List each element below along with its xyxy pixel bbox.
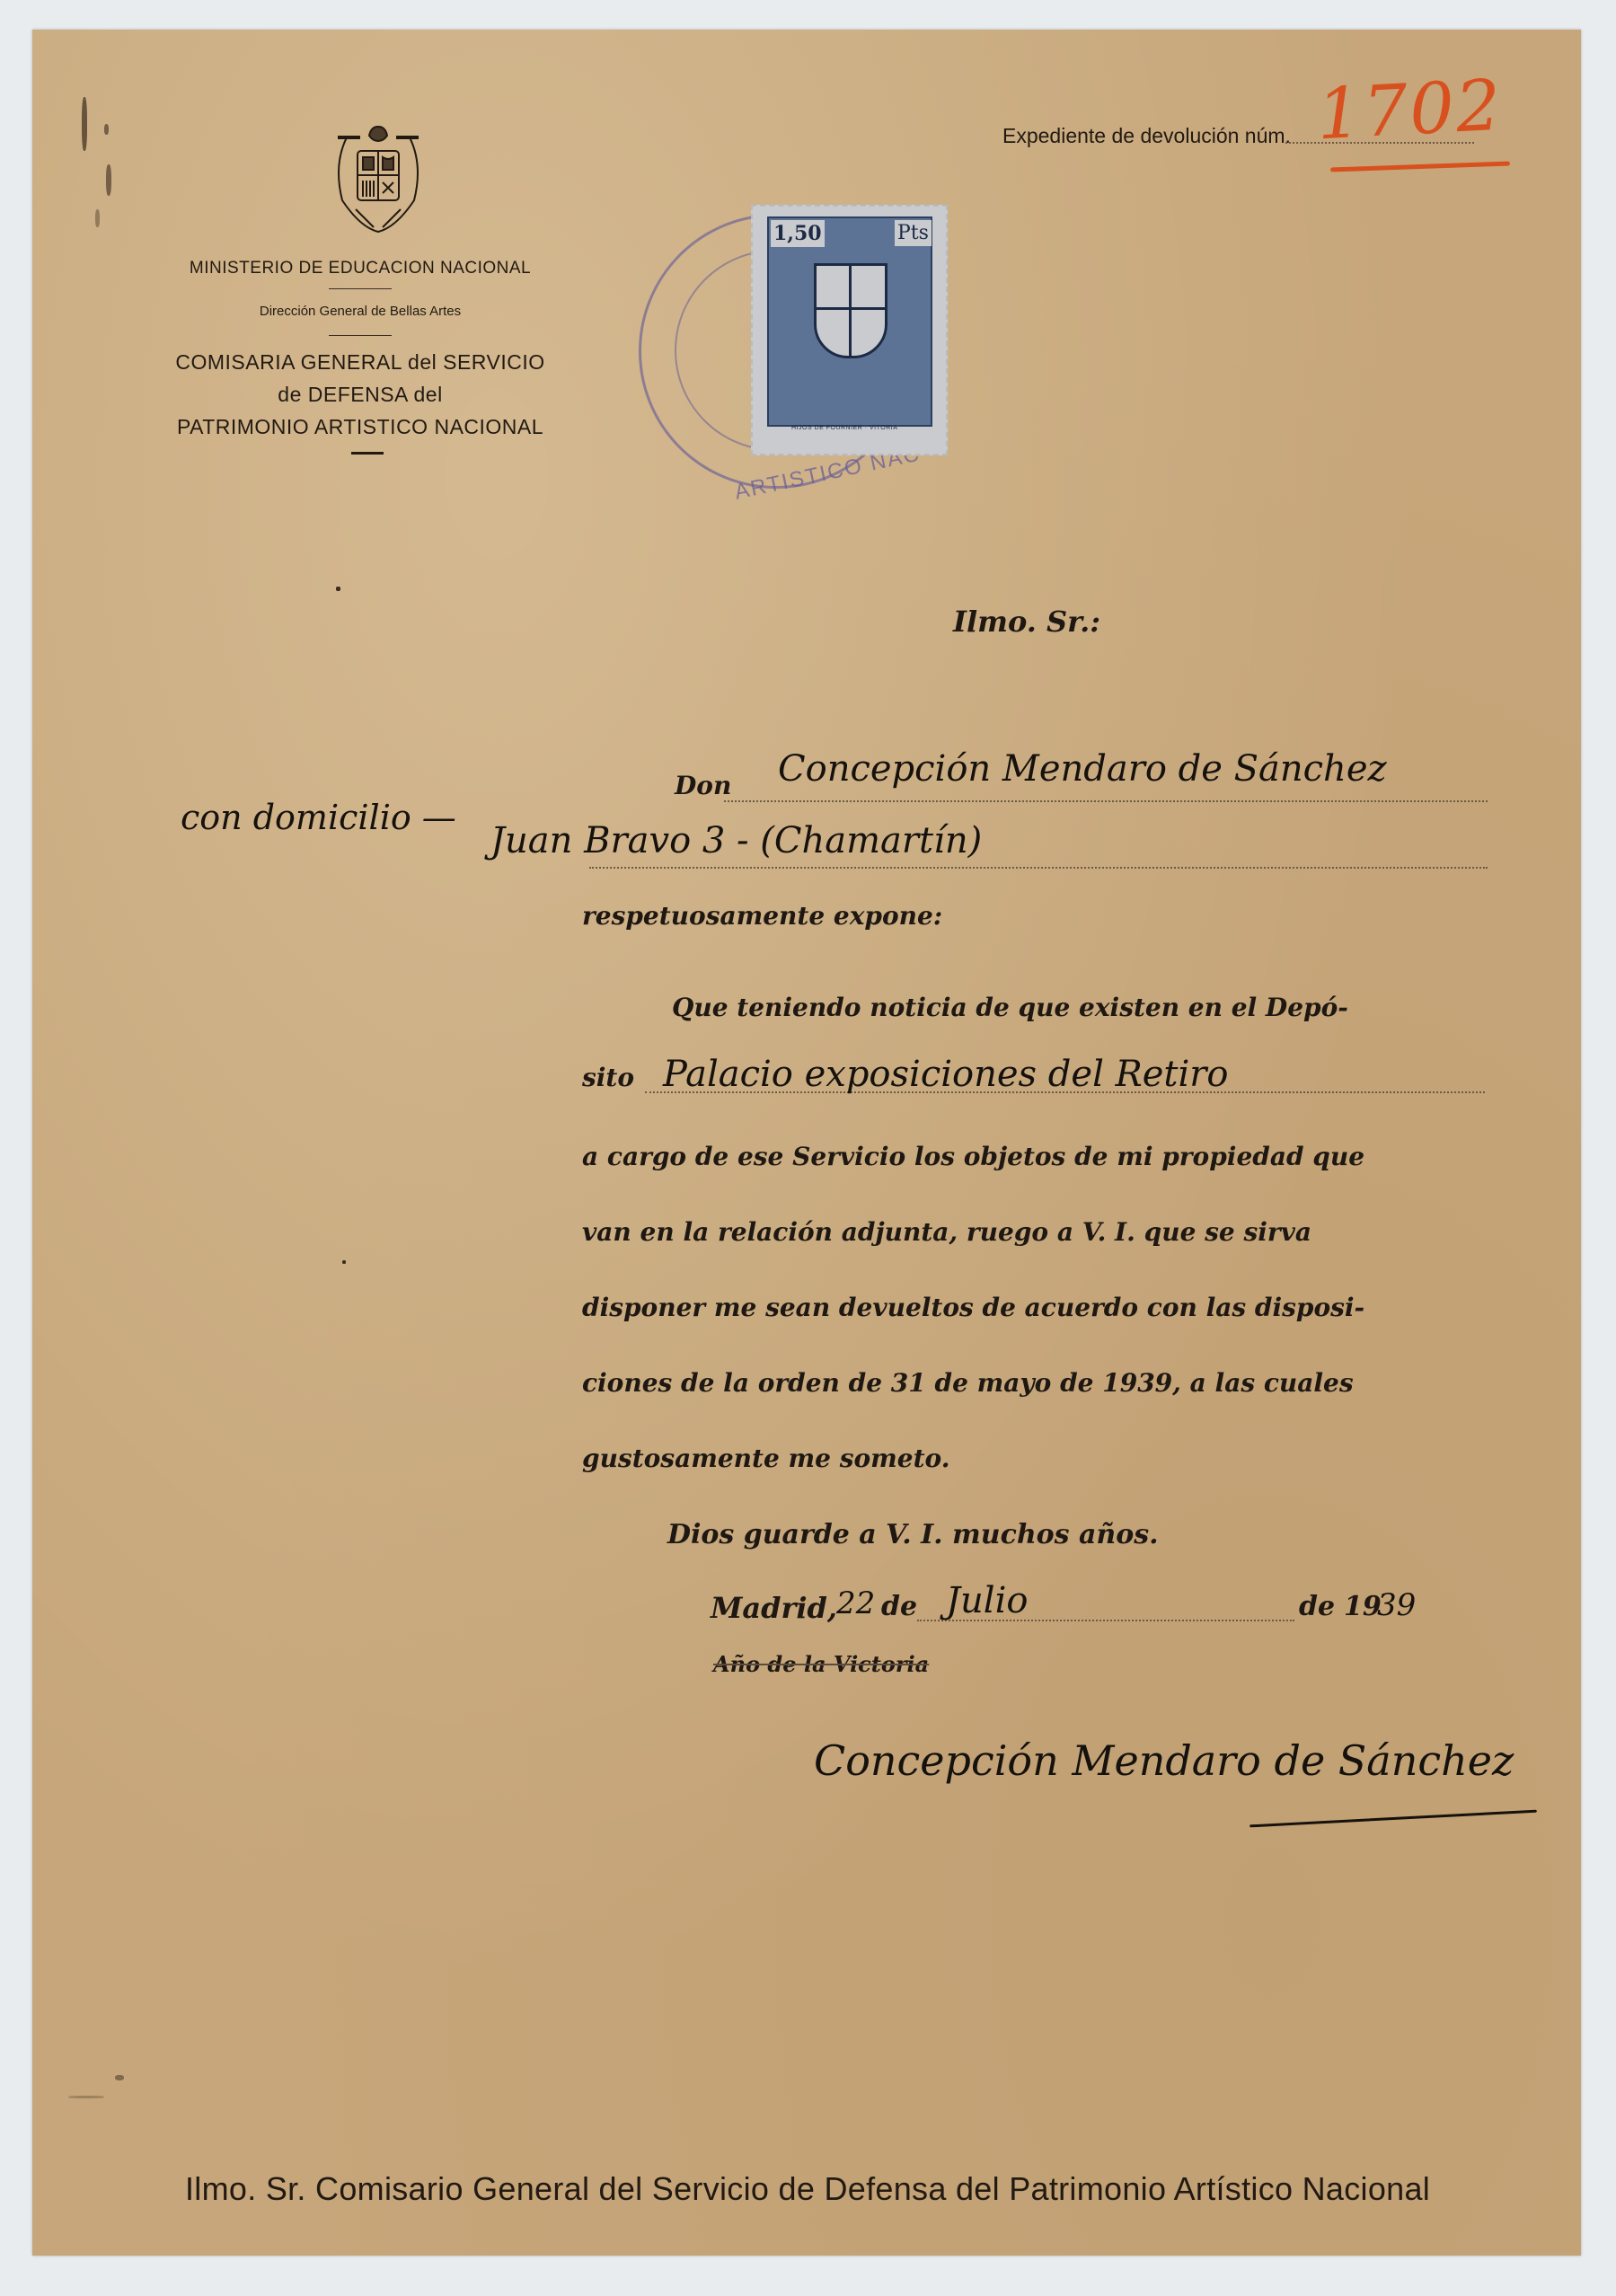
signature: Concepción Mendaro de Sánchez — [814, 1736, 1514, 1785]
date-de: de — [1299, 1591, 1335, 1622]
document-page: MINISTERIO DE EDUCACION NACIONAL Direcci… — [32, 30, 1581, 2256]
salutation: Ilmo. Sr.: — [953, 605, 1100, 639]
year-printed: 19 — [1344, 1591, 1382, 1622]
body-line-1: Que teniendo noticia de que existen en e… — [582, 993, 1485, 1022]
ministry-name: MINISTERIO DE EDUCACION NACIONAL — [167, 259, 553, 278]
body-line-7: gustosamente me someto. — [582, 1444, 1485, 1473]
deposit-value: Palacio exposiciones del Retiro — [663, 1054, 1228, 1095]
intro-line: respetuosamente expone: — [582, 901, 1485, 931]
date-city: Madrid, — [711, 1591, 837, 1625]
addressee-footer: Ilmo. Sr. Comisario General del Servicio… — [185, 2170, 1430, 2208]
stamp-shield-icon — [814, 263, 887, 358]
commission-line: de DEFENSA del — [167, 378, 553, 411]
signature-flourish — [1250, 1810, 1537, 1828]
domicile-value: Juan Bravo 3 - (Chamartín) — [490, 820, 982, 861]
body-line-5: disponer me sean devueltos de acuerdo co… — [582, 1293, 1485, 1322]
spanish-coat-of-arms-icon — [329, 119, 428, 236]
file-number-underline — [1330, 162, 1510, 172]
divider — [329, 288, 392, 289]
closing: Dios guarde a V. I. muchos años. — [582, 1519, 1570, 1550]
domicile-dotted-line — [589, 867, 1488, 869]
stamp-printer: HIJOS DE FOURNIER · VITORIA — [791, 425, 897, 431]
commission-name: COMISARIA GENERAL del SERVICIO de DEFENS… — [167, 346, 553, 443]
file-number-value: 1702 — [1315, 66, 1505, 156]
don-value: Concepción Mendaro de Sánchez — [778, 748, 1387, 790]
body-line-6: ciones de la orden de 31 de mayo de 1939… — [582, 1368, 1485, 1398]
date-day: 22 — [836, 1585, 875, 1621]
don-label: Don — [675, 771, 731, 800]
date-month: Julio — [946, 1580, 1028, 1621]
struck-victory-year: Año de la Victoria — [713, 1651, 929, 1677]
domicile-label: con domicilio — — [181, 798, 456, 837]
date-de: de — [881, 1591, 917, 1622]
stamp-value: 1,50 — [771, 220, 825, 247]
commission-line: COMISARIA GENERAL del SERVICIO — [167, 346, 553, 378]
stamp-unit: Pts — [895, 220, 932, 246]
divider — [329, 335, 392, 336]
body-line-3: a cargo de ese Servicio los objetos de m… — [582, 1142, 1485, 1171]
don-dotted-line — [724, 800, 1488, 802]
directorate-name: Dirección General de Bellas Artes — [167, 304, 553, 319]
deposit-label: sito — [582, 1063, 634, 1092]
divider — [351, 452, 384, 455]
date-line: Madrid, 22 de Julio de 19 39 — [711, 1591, 1501, 1636]
deposit-line: sito Palacio exposiciones del Retiro — [582, 1063, 1485, 1092]
body-line-4: van en la relación adjunta, ruego a V. I… — [582, 1217, 1485, 1247]
year-handwritten: 39 — [1377, 1587, 1416, 1623]
commission-line: PATRIMONIO ARTISTICO NACIONAL — [167, 411, 553, 443]
file-number-label: Expediente de devolución núm. — [1002, 124, 1291, 148]
